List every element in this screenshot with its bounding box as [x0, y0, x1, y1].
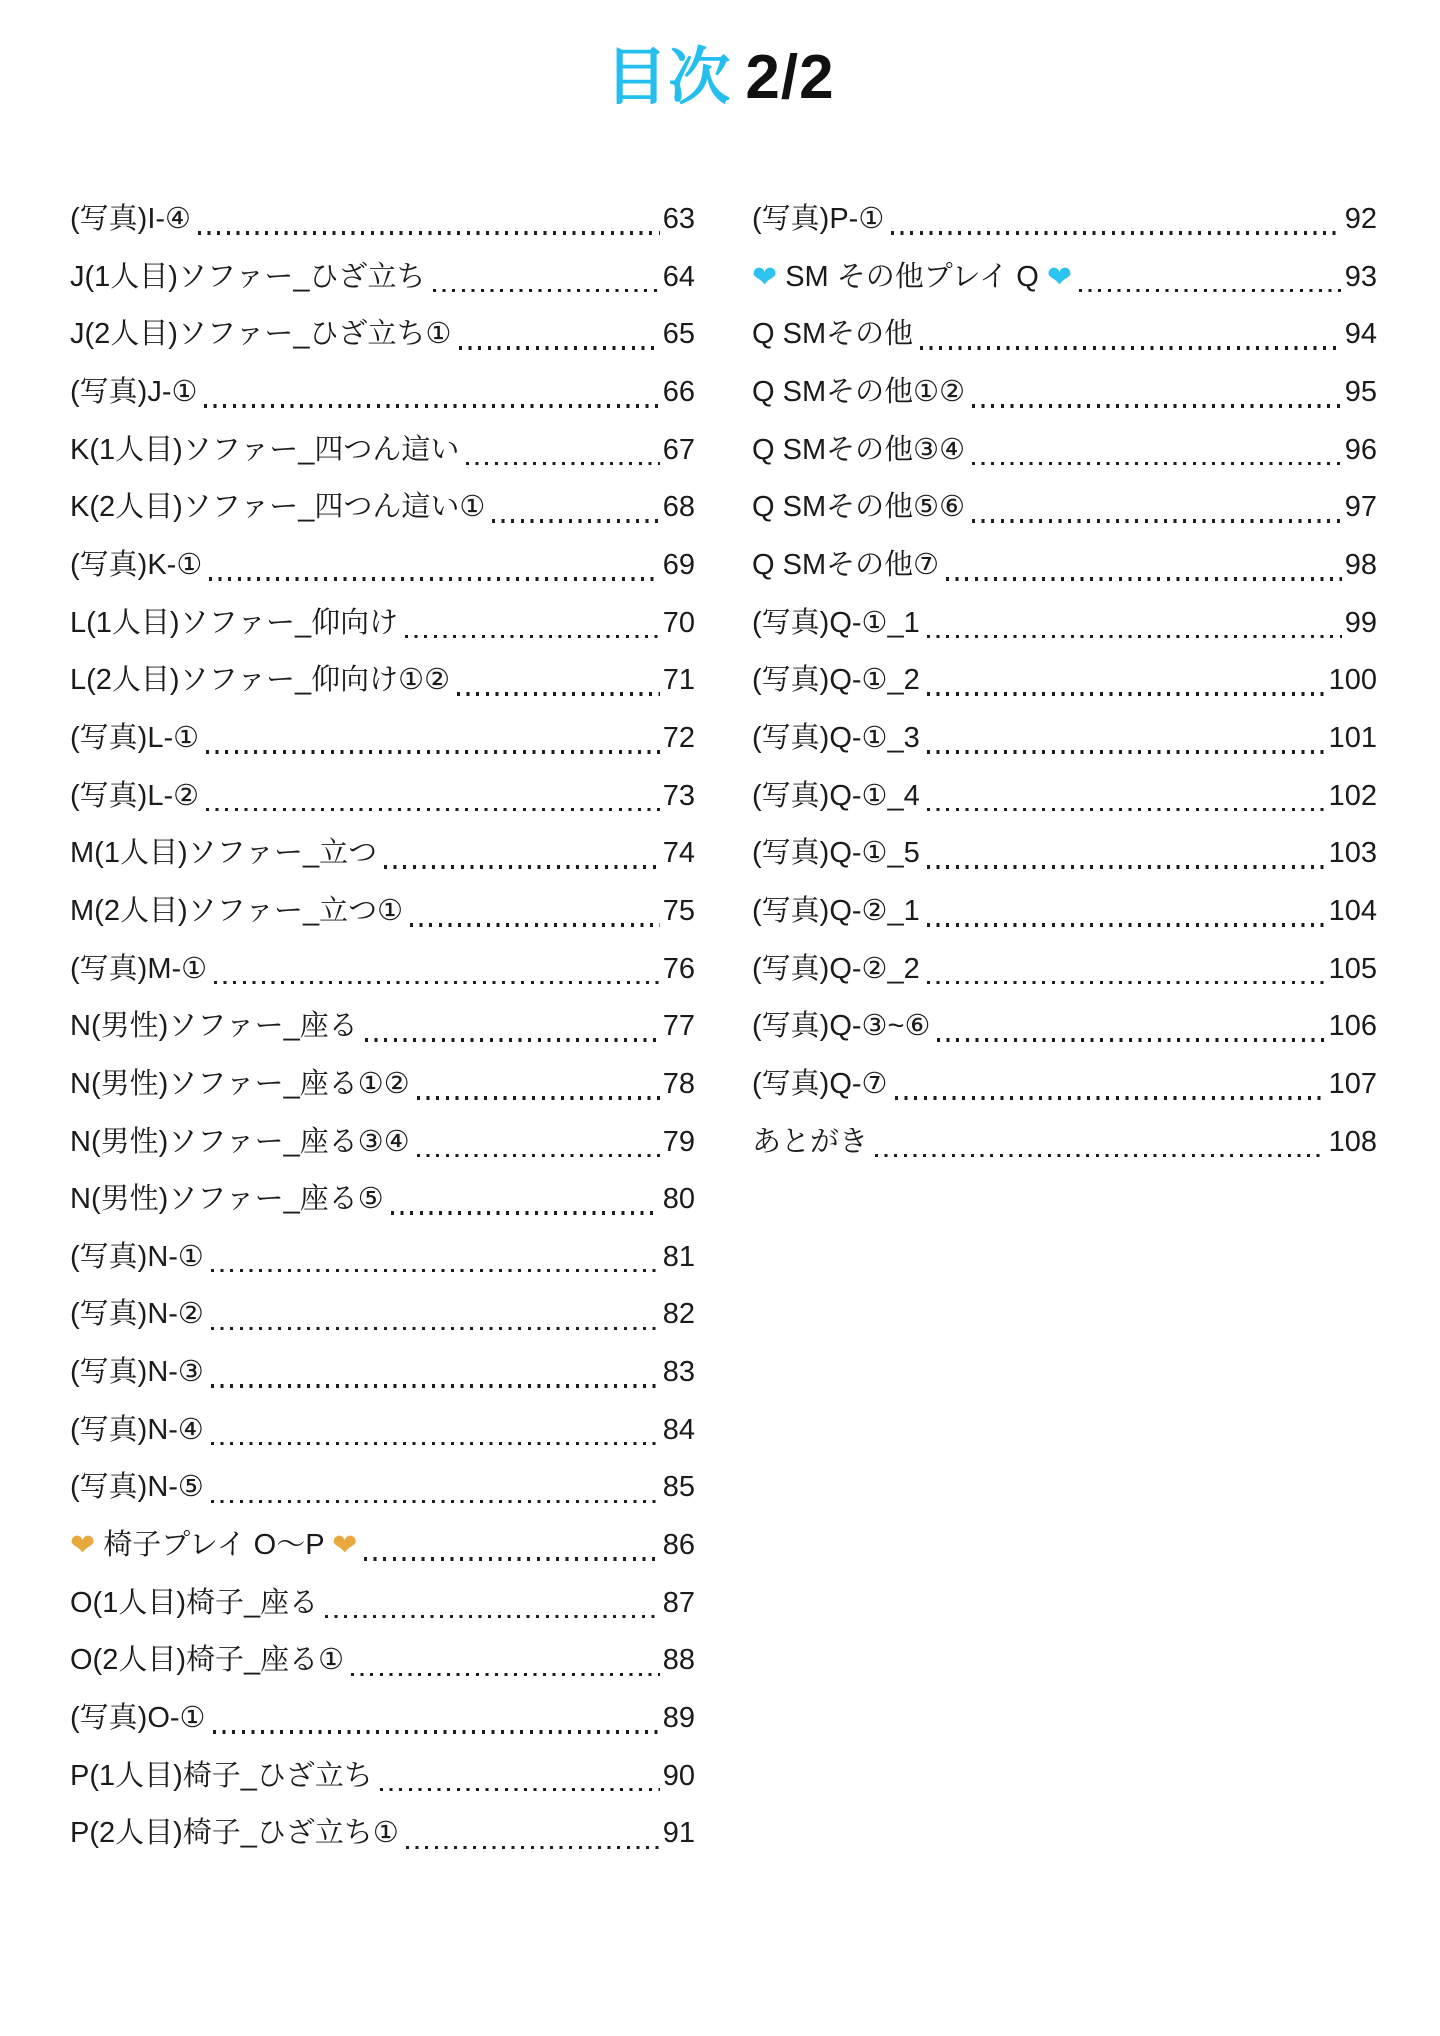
toc-entry-page: 79 [663, 1114, 695, 1172]
toc-entry-label: (写真)Q-①_5 [752, 825, 920, 883]
toc-entry-label: M(2人目)ソファー_立つ① [70, 883, 403, 941]
toc-entry: (写真)O-① 89 [70, 1690, 695, 1748]
heart-icon: ❤ [1047, 261, 1072, 294]
dot-leader [211, 1384, 660, 1388]
toc-entry-page: 83 [663, 1344, 695, 1402]
toc-entry: (写真)K-① 69 [70, 537, 695, 595]
dot-leader [946, 577, 1342, 581]
toc-entry-label: N(男性)ソファー_座る①② [70, 1056, 410, 1114]
toc-entry-page: 90 [663, 1748, 695, 1806]
dot-leader [1079, 289, 1342, 293]
dot-leader [384, 865, 660, 869]
toc-entry-page: 95 [1345, 364, 1377, 422]
dot-leader [213, 1730, 660, 1734]
dot-leader [209, 577, 659, 581]
toc-entry-page: 98 [1345, 537, 1377, 595]
toc-entry: (写真)L-② 73 [70, 768, 695, 826]
toc-entry: (写真)N-⑤ 85 [70, 1459, 695, 1517]
toc-entry-label: (写真)N-② [70, 1286, 204, 1344]
toc-entry-label: (写真)Q-⑦ [752, 1056, 888, 1114]
toc-entry: (写真)N-① 81 [70, 1229, 695, 1287]
toc-entry-label: (写真)Q-②_1 [752, 883, 920, 941]
toc-entry-label: Q SMその他 [752, 306, 913, 364]
toc-entry-page: 103 [1329, 825, 1377, 883]
toc-entry-label: (写真)N-④ [70, 1402, 204, 1460]
dot-leader [459, 346, 660, 350]
dot-leader [380, 1788, 660, 1792]
page-title-main: 目次 [605, 43, 731, 112]
toc-entry-label: J(2人目)ソファー_ひざ立ち① [70, 306, 452, 364]
dot-leader [927, 635, 1342, 639]
dot-leader [211, 1327, 660, 1331]
toc-entry: L(2人目)ソファー_仰向け①② 71 [70, 652, 695, 710]
toc-entry: O(2人目)椅子_座る① 88 [70, 1632, 695, 1690]
toc-entry: ❤ SM その他プレイ Q ❤ 93 [752, 249, 1377, 307]
toc-entry-page: 108 [1329, 1114, 1377, 1172]
toc-entry-page: 104 [1329, 883, 1377, 941]
toc-entry-label: N(男性)ソファー_座る⑤ [70, 1171, 384, 1229]
toc-entry-label: (写真)I-④ [70, 191, 191, 249]
toc-entry-page: 81 [663, 1229, 695, 1287]
toc-entry-label: (写真)K-① [70, 537, 202, 595]
toc-entry: (写真)Q-②_2 105 [752, 941, 1377, 999]
toc-entry-label: ❤ SM その他プレイ Q ❤ [752, 249, 1072, 307]
toc-entry: Q SMその他①② 95 [752, 364, 1377, 422]
toc-columns: (写真)I-④ 63 J(1人目)ソファー_ひざ立ち 64 J(2人目)ソファー… [70, 191, 1377, 1863]
toc-entry: (写真)M-① 76 [70, 941, 695, 999]
toc-entry-label: J(1人目)ソファー_ひざ立ち [70, 249, 426, 307]
toc-entry-page: 80 [663, 1171, 695, 1229]
toc-entry-label: K(2人目)ソファー_四つん這い① [70, 479, 485, 537]
toc-entry-page: 99 [1345, 595, 1377, 653]
dot-leader [391, 1211, 660, 1215]
toc-entry-label: L(1人目)ソファー_仰向け [70, 595, 398, 653]
toc-entry-label: (写真)Q-①_1 [752, 595, 920, 653]
dot-leader [972, 519, 1342, 523]
toc-entry: N(男性)ソファー_座る①② 78 [70, 1056, 695, 1114]
toc-entry-page: 107 [1329, 1056, 1377, 1114]
toc-entry-page: 67 [663, 422, 695, 480]
dot-leader [466, 462, 659, 466]
toc-entry-page: 101 [1329, 710, 1377, 768]
toc-entry: N(男性)ソファー_座る⑤ 80 [70, 1171, 695, 1229]
toc-entry: (写真)Q-②_1 104 [752, 883, 1377, 941]
page-title-indicator: 2/2 [745, 43, 834, 112]
dot-leader [410, 923, 660, 927]
toc-entry: Q SMその他 94 [752, 306, 1377, 364]
toc-entry-label: (写真)Q-①_2 [752, 652, 920, 710]
toc-entry-page: 72 [663, 710, 695, 768]
toc-entry: M(2人目)ソファー_立つ① 75 [70, 883, 695, 941]
dot-leader [365, 1038, 660, 1042]
toc-entry-page: 93 [1345, 249, 1377, 307]
toc-entry: (写真)J-① 66 [70, 364, 695, 422]
toc-entry-label: P(1人目)椅子_ひざ立ち [70, 1748, 373, 1806]
dot-leader [972, 462, 1342, 466]
toc-entry: Q SMその他⑤⑥ 97 [752, 479, 1377, 537]
dot-leader [417, 1096, 660, 1100]
dot-leader [204, 404, 659, 408]
dot-leader [927, 865, 1326, 869]
toc-entry: (写真)Q-①_2 100 [752, 652, 1377, 710]
dot-leader [364, 1557, 660, 1561]
toc-entry: J(1人目)ソファー_ひざ立ち 64 [70, 249, 695, 307]
dot-leader [406, 1846, 660, 1850]
dot-leader [972, 404, 1342, 408]
dot-leader [211, 1500, 660, 1504]
toc-entry: (写真)Q-①_1 99 [752, 595, 1377, 653]
toc-entry-page: 106 [1329, 998, 1377, 1056]
toc-entry-label: (写真)Q-③~⑥ [752, 998, 930, 1056]
toc-entry: あとがき 108 [752, 1114, 1377, 1172]
dot-leader [920, 346, 1342, 350]
toc-entry: (写真)Q-①_4 102 [752, 768, 1377, 826]
toc-entry: O(1人目)椅子_座る 87 [70, 1575, 695, 1633]
toc-entry-label: N(男性)ソファー_座る③④ [70, 1114, 410, 1172]
toc-entry-page: 92 [1345, 191, 1377, 249]
toc-entry: P(1人目)椅子_ひざ立ち 90 [70, 1748, 695, 1806]
dot-leader [351, 1673, 660, 1677]
toc-entry-page: 86 [663, 1517, 695, 1575]
toc-entry: (写真)Q-①_5 103 [752, 825, 1377, 883]
toc-entry-label: (写真)N-① [70, 1229, 204, 1287]
toc-entry: K(1人目)ソファー_四つん這い 67 [70, 422, 695, 480]
toc-entry-page: 89 [663, 1690, 695, 1748]
dot-leader [457, 692, 660, 696]
toc-entry-page: 85 [663, 1459, 695, 1517]
toc-entry-page: 94 [1345, 306, 1377, 364]
dot-leader [927, 923, 1326, 927]
dot-leader [891, 231, 1341, 235]
toc-entry: (写真)N-③ 83 [70, 1344, 695, 1402]
toc-entry-page: 77 [663, 998, 695, 1056]
toc-entry-label: Q SMその他③④ [752, 422, 965, 480]
dot-leader [927, 750, 1326, 754]
toc-entry-label: (写真)J-① [70, 364, 197, 422]
toc-entry-label: (写真)O-① [70, 1690, 206, 1748]
toc-entry-page: 66 [663, 364, 695, 422]
toc-entry-label: (写真)L-① [70, 710, 199, 768]
dot-leader [198, 231, 660, 235]
toc-entry: (写真)L-① 72 [70, 710, 695, 768]
dot-leader [206, 750, 660, 754]
toc-entry: (写真)N-④ 84 [70, 1402, 695, 1460]
dot-leader [214, 981, 660, 985]
page-title: 目次2/2 [0, 42, 1440, 114]
dot-leader [895, 1096, 1326, 1100]
toc-entry-page: 64 [663, 249, 695, 307]
dot-leader [937, 1038, 1325, 1042]
toc-entry-page: 91 [663, 1805, 695, 1863]
toc-entry-page: 71 [663, 652, 695, 710]
toc-entry: (写真)Q-①_3 101 [752, 710, 1377, 768]
toc-column-right: (写真)P-① 92 ❤ SM その他プレイ Q ❤ 93 Q SMその他 94… [752, 191, 1377, 1863]
toc-entry-page: 69 [663, 537, 695, 595]
toc-entry-label: (写真)L-② [70, 768, 199, 826]
toc-entry: (写真)N-② 82 [70, 1286, 695, 1344]
toc-entry-page: 73 [663, 768, 695, 826]
toc-entry-label: N(男性)ソファー_座る [70, 998, 358, 1056]
toc-entry-label: (写真)M-① [70, 941, 207, 999]
toc-entry: (写真)Q-⑦ 107 [752, 1056, 1377, 1114]
toc-entry-label: O(2人目)椅子_座る① [70, 1632, 344, 1690]
dot-leader [211, 1269, 660, 1273]
toc-entry-page: 105 [1329, 941, 1377, 999]
toc-entry-page: 76 [663, 941, 695, 999]
toc-entry-label: (写真)N-③ [70, 1344, 204, 1402]
toc-page: 目次2/2 (写真)I-④ 63 J(1人目)ソファー_ひざ立ち 64 J(2人… [0, 0, 1440, 2036]
toc-entry-page: 97 [1345, 479, 1377, 537]
toc-entry: ❤ 椅子プレイ O〜P ❤ 86 [70, 1517, 695, 1575]
toc-entry-page: 96 [1345, 422, 1377, 480]
toc-entry-page: 84 [663, 1402, 695, 1460]
dot-leader [492, 519, 659, 523]
toc-entry-label: Q SMその他①② [752, 364, 965, 422]
toc-entry-label: (写真)Q-①_4 [752, 768, 920, 826]
toc-entry-page: 70 [663, 595, 695, 653]
toc-entry-label: L(2人目)ソファー_仰向け①② [70, 652, 450, 710]
dot-leader [927, 692, 1326, 696]
toc-entry: L(1人目)ソファー_仰向け 70 [70, 595, 695, 653]
toc-entry-label: (写真)N-⑤ [70, 1459, 204, 1517]
toc-entry-label: (写真)Q-①_3 [752, 710, 920, 768]
toc-entry-page: 88 [663, 1632, 695, 1690]
toc-entry: (写真)P-① 92 [752, 191, 1377, 249]
toc-entry: (写真)Q-③~⑥ 106 [752, 998, 1377, 1056]
toc-entry: (写真)I-④ 63 [70, 191, 695, 249]
dot-leader [211, 1442, 660, 1446]
dot-leader [417, 1154, 660, 1158]
toc-entry-page: 68 [663, 479, 695, 537]
toc-entry: N(男性)ソファー_座る 77 [70, 998, 695, 1056]
toc-entry-label: ❤ 椅子プレイ O〜P ❤ [70, 1517, 357, 1575]
toc-entry-page: 87 [663, 1575, 695, 1633]
toc-entry-label: P(2人目)椅子_ひざ立ち① [70, 1805, 399, 1863]
toc-entry-page: 63 [663, 191, 695, 249]
toc-entry: Q SMその他③④ 96 [752, 422, 1377, 480]
toc-entry-page: 74 [663, 825, 695, 883]
heart-icon: ❤ [70, 1529, 95, 1562]
toc-entry-label: (写真)P-① [752, 191, 884, 249]
toc-entry-page: 65 [663, 306, 695, 364]
toc-entry-page: 82 [663, 1286, 695, 1344]
dot-leader [206, 808, 660, 812]
toc-entry-page: 102 [1329, 768, 1377, 826]
toc-entry: K(2人目)ソファー_四つん這い① 68 [70, 479, 695, 537]
dot-leader [405, 635, 660, 639]
toc-entry: Q SMその他⑦ 98 [752, 537, 1377, 595]
heart-icon: ❤ [752, 261, 777, 294]
toc-entry: N(男性)ソファー_座る③④ 79 [70, 1114, 695, 1172]
toc-entry-label: K(1人目)ソファー_四つん這い [70, 422, 459, 480]
dot-leader [433, 289, 660, 293]
toc-entry: M(1人目)ソファー_立つ 74 [70, 825, 695, 883]
toc-entry-label: あとがき [752, 1114, 868, 1172]
toc-entry: P(2人目)椅子_ひざ立ち① 91 [70, 1805, 695, 1863]
toc-entry-label: (写真)Q-②_2 [752, 941, 920, 999]
dot-leader [875, 1154, 1326, 1158]
toc-entry-page: 78 [663, 1056, 695, 1114]
dot-leader [325, 1615, 660, 1619]
toc-column-left: (写真)I-④ 63 J(1人目)ソファー_ひざ立ち 64 J(2人目)ソファー… [70, 191, 695, 1863]
toc-entry-label: Q SMその他⑤⑥ [752, 479, 965, 537]
dot-leader [927, 808, 1326, 812]
toc-entry-page: 100 [1329, 652, 1377, 710]
toc-entry: J(2人目)ソファー_ひざ立ち① 65 [70, 306, 695, 364]
toc-entry-label: Q SMその他⑦ [752, 537, 939, 595]
toc-entry-label: O(1人目)椅子_座る [70, 1575, 318, 1633]
toc-entry-label: M(1人目)ソファー_立つ [70, 825, 377, 883]
toc-entry-page: 75 [663, 883, 695, 941]
dot-leader [927, 981, 1326, 985]
heart-icon: ❤ [332, 1529, 357, 1562]
